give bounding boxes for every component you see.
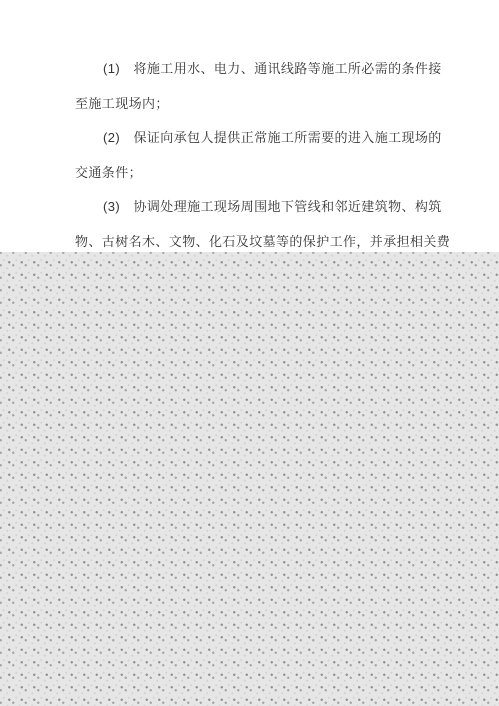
obscured-content-region	[0, 252, 499, 706]
document-page: (1) 将施工用水、电力、通讯线路等施工所必需的条件接 至施工现场内； (2) …	[0, 0, 499, 706]
clause-1-line-1: (1) 将施工用水、电力、通讯线路等施工所必需的条件接	[75, 52, 440, 87]
clause-3-line-1: (3) 协调处理施工现场周围地下管线和邻近建筑物、构筑	[75, 190, 440, 225]
clause-1-line-2: 至施工现场内；	[75, 87, 440, 122]
clause-2-line-2: 交通条件；	[75, 156, 440, 191]
contract-clauses: (1) 将施工用水、电力、通讯线路等施工所必需的条件接 至施工现场内； (2) …	[75, 52, 440, 259]
clause-2-line-1: (2) 保证向承包人提供正常施工所需要的进入施工现场的	[75, 121, 440, 156]
